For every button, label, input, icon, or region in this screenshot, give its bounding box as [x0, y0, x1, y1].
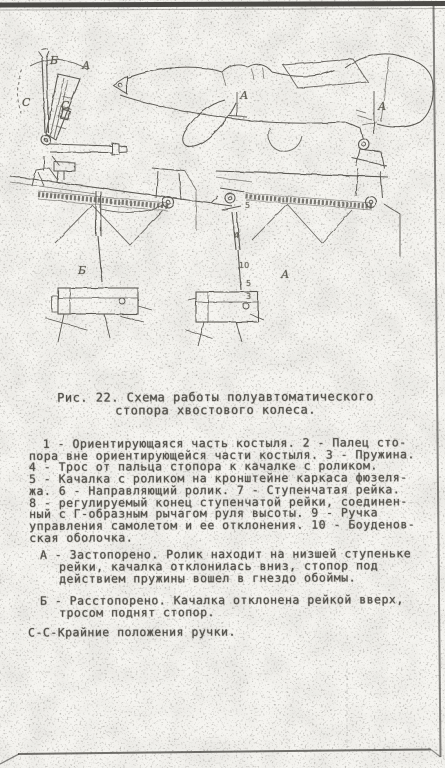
- scanned-document-page: Б А С С А А Б А 5 4 10 5 3 Рис. 22. Схем…: [0, 0, 445, 768]
- aircraft-label-tail: А: [378, 100, 386, 113]
- figure-legend: 1 - Ориентирующаяся часть костыля. 2 - П…: [29, 437, 433, 544]
- part-number: 5: [245, 201, 250, 210]
- stick-label-b: Б: [50, 54, 58, 67]
- note-unlocked-line: тросом поднят стопор.: [40, 606, 404, 619]
- scan-noise: [0, 0, 445, 768]
- figure-artwork: [0, 0, 445, 768]
- stick-label-a: А: [82, 59, 90, 72]
- stick-label-c-left: С: [22, 96, 30, 109]
- part-number: 10: [239, 261, 249, 270]
- part-number: 3: [246, 292, 251, 301]
- note-locked-line: действием пружины вошел в гнездо обоймы.: [40, 572, 411, 585]
- aircraft-label-mid: А: [240, 89, 248, 102]
- figure-caption-line2: стопора хвостового колеса.: [0, 403, 431, 418]
- note-unlocked: Б - Расстопорено. Качалка отклонена рейк…: [40, 594, 404, 619]
- part-number: 5: [246, 279, 251, 288]
- detail-a-label: А: [281, 268, 289, 281]
- stick-label-c-mid: С: [61, 99, 69, 112]
- note-stick-positions-text: С-С-Крайние положения ручки.: [28, 625, 236, 640]
- part-number: 4: [234, 231, 239, 240]
- note-stick-positions: С-С-Крайние положения ручки.: [28, 625, 236, 640]
- detail-b-label: Б: [78, 264, 86, 277]
- legend-line: ская оболочка.: [29, 531, 433, 544]
- note-locked: А - Застопорено. Ролик находит на низшей…: [40, 548, 411, 585]
- figure-caption: Рис. 22. Схема работы полуавтоматическог…: [0, 390, 431, 418]
